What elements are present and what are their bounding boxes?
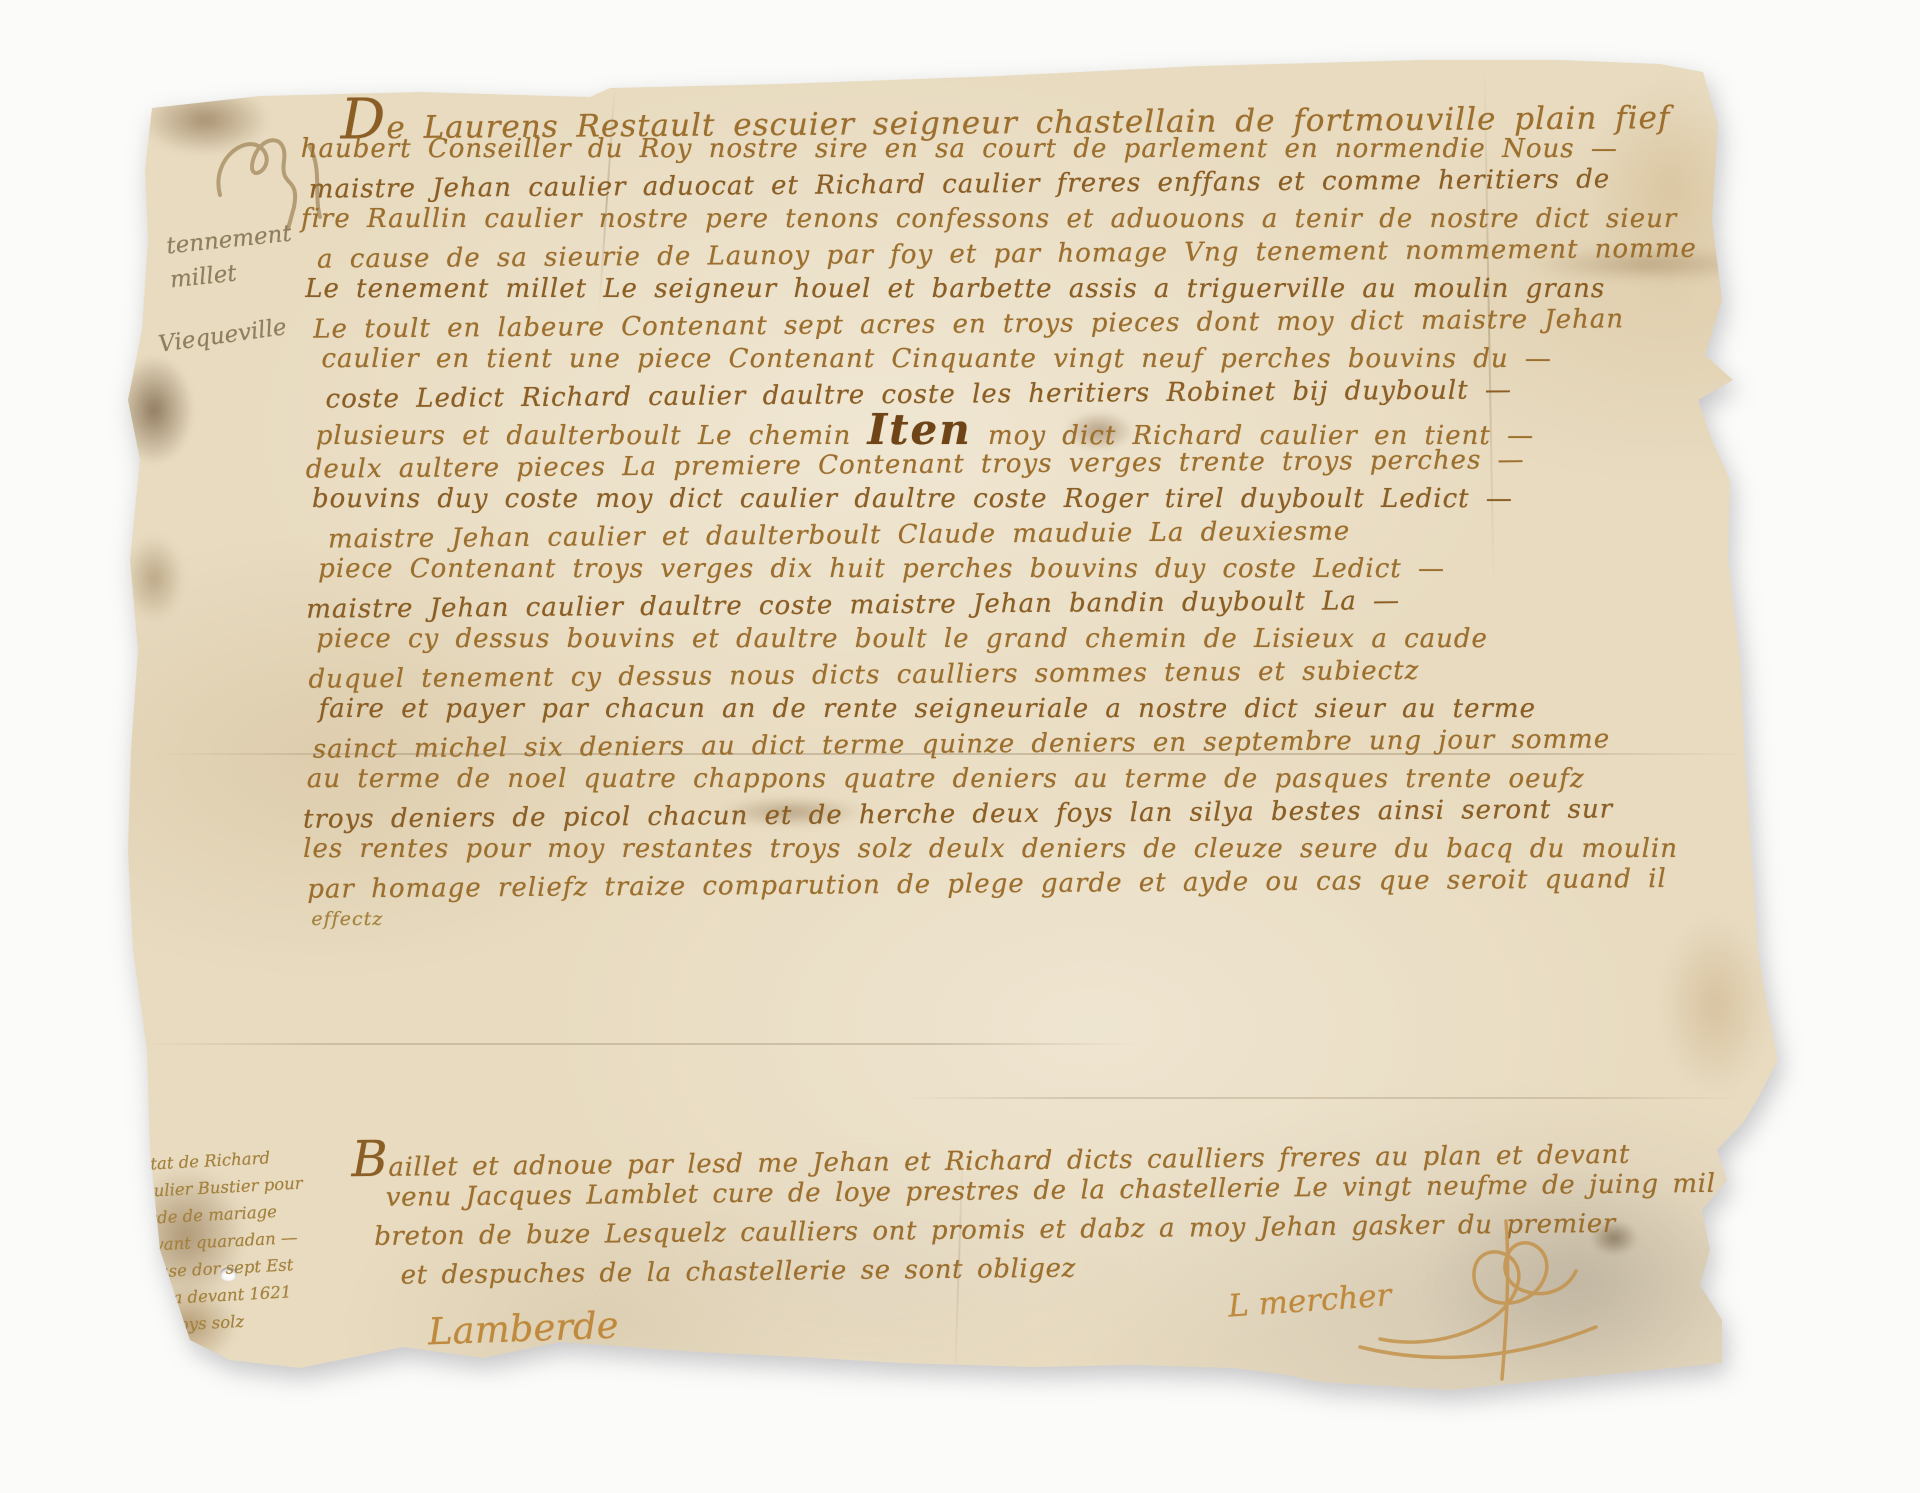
manuscript-line: maistre Jehan caulier daultre coste mais… — [306, 581, 1742, 627]
manuscript-line: troys deniers de picol chacun et de herc… — [303, 791, 1743, 837]
line-10-pre: plusieurs et daulterboult Le chemin — [316, 421, 868, 451]
manuscript-line: maistre Jehan caulier et daulterboult Cl… — [328, 511, 1742, 557]
margin-note-place: Viequeville — [157, 314, 288, 358]
manuscript-line: bouvins duy coste moy dict caulier dault… — [312, 482, 1742, 517]
stain-top-left — [140, 85, 270, 155]
margin-note-brosse: Brosse — [227, 1360, 311, 1394]
manuscript-line: sainct michel six deniers au dict terme … — [313, 721, 1743, 767]
manuscript-line: De Laurens Restault escuier seigneur cha… — [340, 91, 1740, 137]
manuscript-line: Le tenement millet Le seigneur houel et … — [305, 272, 1741, 307]
parchment-document: tennement millet Viequeville De Laurens … — [120, 55, 1800, 1405]
manuscript-line: au terme de noel quatre chappons quatre … — [307, 762, 1743, 797]
signature-lamberde: Lamberde — [427, 1304, 619, 1354]
manuscript-line: coste Ledict Richard caulier daultre cos… — [325, 371, 1741, 417]
manuscript-line: plusieurs et daulterboult Le chemin Iten… — [316, 412, 1742, 447]
stain-left-edge — [114, 355, 194, 465]
manuscript-line: maistre Jehan caulier aduocat et Richard… — [309, 161, 1741, 207]
stain-left-edge-2 — [124, 535, 184, 621]
manuscript-line: fire Raullin caulier nostre pere tenons … — [301, 202, 1741, 237]
manuscript-line: duquel tenement cy dessus nous dicts cau… — [308, 651, 1742, 697]
manuscript-line-effectz: effectz — [311, 902, 1743, 937]
parchment-wrap: tennement millet Viequeville De Laurens … — [120, 55, 1800, 1405]
manuscript-line: haubert Conseiller du Roy nostre sire en… — [301, 132, 1741, 167]
crease-horizontal-low-right — [900, 1097, 1740, 1099]
bottom-deed-block: Baillet et adnoue par lesd me Jehan et R… — [351, 1126, 1713, 1296]
manuscript-line: les rentes pour moy restantes troys solz… — [303, 832, 1743, 867]
manuscript-line: piece Contenant troys verges dix huit pe… — [318, 552, 1742, 587]
main-text-block: De Laurens Restault escuier seigneur cha… — [301, 94, 1744, 939]
crease-horizontal-low — [140, 1043, 1140, 1045]
margin-note-tenement: tennement millet — [165, 217, 297, 298]
stain-right-edge — [1660, 915, 1770, 1095]
manuscript-line: a cause de sa sieurie de Launoy par foy … — [317, 231, 1741, 277]
signature-underline-flourish — [360, 1347, 740, 1417]
manuscript-line: faire et payer par chacun an de rente se… — [319, 692, 1743, 727]
manuscript-line: piece cy dessus bouvins et daultre boult… — [316, 622, 1742, 657]
manuscript-line: par homage reliefz traize comparution de… — [307, 861, 1743, 907]
manuscript-line: Le toult en labeure Contenant sept acres… — [313, 301, 1741, 347]
manuscript-line: caulier en tient une piece Contenant Cin… — [321, 342, 1741, 377]
margin-note-bottom-left: Estat de Richard Caulier Bustier pour la… — [129, 1143, 310, 1341]
photo-background: tennement millet Viequeville De Laurens … — [0, 0, 1920, 1493]
